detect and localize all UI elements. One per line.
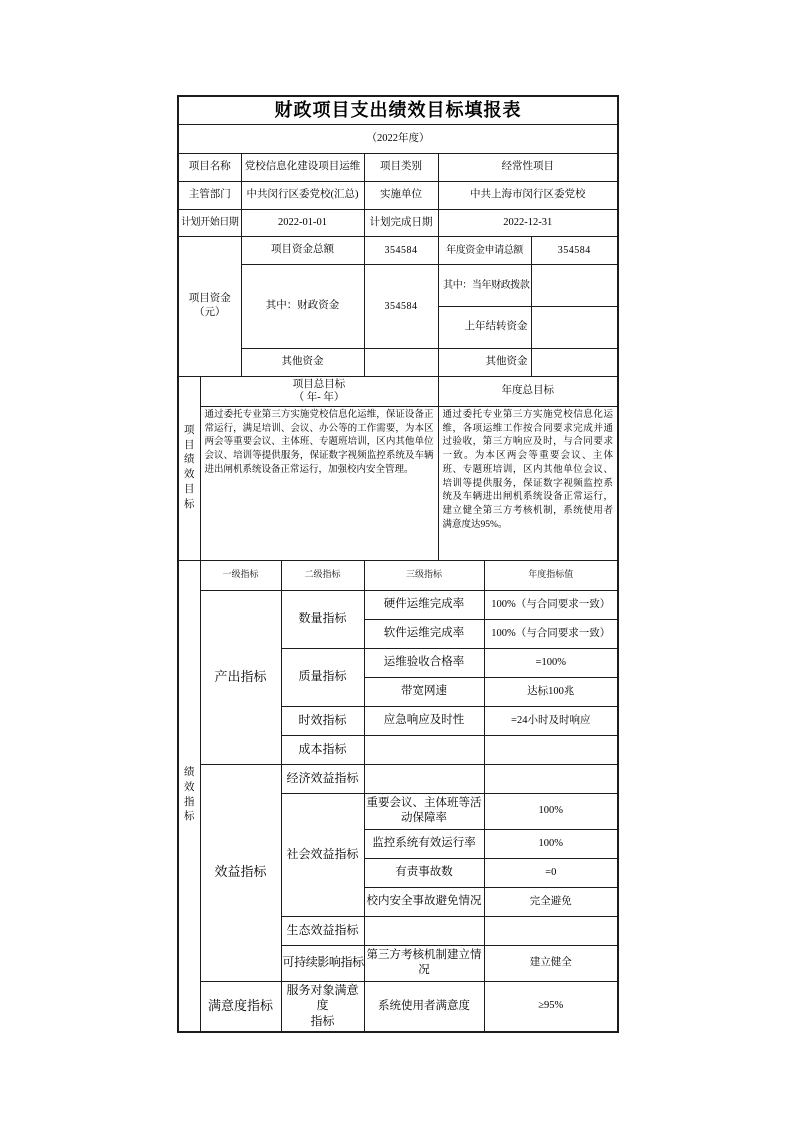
indicator-name-cell bbox=[364, 735, 484, 764]
annual-goal-header: 年度总目标 bbox=[438, 376, 618, 406]
form-year-subtitle: （2022年度） bbox=[178, 124, 618, 153]
indicator-value-cell: =24小时及时响应 bbox=[484, 706, 618, 735]
indicator-level1-satisfaction: 满意度指标 bbox=[200, 981, 281, 1031]
project-category-label: 项目类别 bbox=[364, 153, 438, 181]
indicator-level2-timeliness: 时效指标 bbox=[281, 706, 364, 735]
indicator-value-cell: 100%（与合同要求一致） bbox=[484, 619, 618, 648]
indicator-name-cell: 有责事故数 bbox=[364, 858, 484, 887]
fiscal-funds-label: 其中：财政资金 bbox=[241, 264, 364, 348]
annual-funds-request-value: 354584 bbox=[531, 236, 618, 264]
funds-total-label: 项目资金总额 bbox=[241, 236, 364, 264]
supervisor-dept-value: 中共闵行区委党校(汇总) bbox=[241, 181, 364, 209]
funds-section-label: 项目资金 （元） bbox=[178, 236, 241, 376]
annual-other-funds-value bbox=[531, 348, 618, 376]
indicator-value-cell bbox=[484, 916, 618, 945]
project-name-value: 党校信息化建设项目运维 bbox=[241, 153, 364, 181]
performance-indicator-section-label: 绩效 指标 bbox=[178, 560, 200, 1031]
implement-unit-value: 中共上海市闵行区委党校 bbox=[438, 181, 618, 209]
indicator-name-cell: 带宽网速 bbox=[364, 677, 484, 706]
overall-goal-header: 项目总目标 （ 年- 年） bbox=[200, 376, 438, 406]
indicator-value-cell bbox=[484, 735, 618, 764]
current-year-allocation-label: 其中：当年财政拨款 bbox=[438, 264, 531, 306]
indicator-name-cell bbox=[364, 764, 484, 793]
annual-other-funds-label: 其他资金 bbox=[438, 348, 531, 376]
indicator-name-cell: 运维验收合格率 bbox=[364, 648, 484, 677]
annual-funds-request-label: 年度资金申请总额 bbox=[438, 236, 531, 264]
indicator-level2-service-satisfaction: 服务对象满意度 指标 bbox=[281, 981, 364, 1031]
plan-start-date-value: 2022-01-01 bbox=[241, 209, 364, 236]
annual-goal-text: 通过委托专业第三方实施党校信息化运维，各项运维工作按合同要求完成并通过验收，第三… bbox=[438, 406, 618, 560]
indicator-value-cell: 100%（与合同要求一致） bbox=[484, 590, 618, 619]
indicator-name-cell: 系统使用者满意度 bbox=[364, 981, 484, 1031]
indicator-value-cell: ≥95% bbox=[484, 981, 618, 1031]
project-name-label: 项目名称 bbox=[178, 153, 241, 181]
indicator-name-cell: 硬件运维完成率 bbox=[364, 590, 484, 619]
implement-unit-label: 实施单位 bbox=[364, 181, 438, 209]
indicator-value-cell: 达标100兆 bbox=[484, 677, 618, 706]
indicator-level2-economic: 经济效益指标 bbox=[281, 764, 364, 793]
project-category-value: 经常性项目 bbox=[438, 153, 618, 181]
level2-indicator-header: 二级指标 bbox=[281, 560, 364, 590]
indicator-value-cell: =100% bbox=[484, 648, 618, 677]
indicator-name-cell: 重要会议、主体班等活 动保障率 bbox=[364, 793, 484, 829]
carryover-funds-label: 上年结转资金 bbox=[438, 306, 531, 348]
indicator-name-cell: 软件运维完成率 bbox=[364, 619, 484, 648]
plan-end-date-value: 2022-12-31 bbox=[438, 209, 618, 236]
indicator-level2-cost: 成本指标 bbox=[281, 735, 364, 764]
indicator-value-cell bbox=[484, 764, 618, 793]
document-page: 财政项目支出绩效目标填报表 （2022年度） 项目名称 党校信息化建设项目运维 … bbox=[0, 0, 793, 1122]
indicator-value-cell: 建立健全 bbox=[484, 945, 618, 981]
indicator-name-cell: 监控系统有效运行率 bbox=[364, 829, 484, 858]
current-year-allocation-value bbox=[531, 264, 618, 306]
indicator-level1-output: 产出指标 bbox=[200, 590, 281, 764]
indicator-value-cell: 100% bbox=[484, 829, 618, 858]
plan-start-date-label: 计划开始日期 bbox=[178, 209, 241, 236]
indicator-level2-sustainable: 可持续影响指标 bbox=[281, 945, 364, 981]
indicator-level2-quality: 质量指标 bbox=[281, 648, 364, 706]
indicator-value-cell: =0 bbox=[484, 858, 618, 887]
indicator-name-cell bbox=[364, 916, 484, 945]
indicator-value-cell: 100% bbox=[484, 793, 618, 829]
carryover-funds-value bbox=[531, 306, 618, 348]
other-funds-value bbox=[364, 348, 438, 376]
level3-indicator-header: 三级指标 bbox=[364, 560, 484, 590]
supervisor-dept-label: 主管部门 bbox=[178, 181, 241, 209]
indicator-level2-social: 社会效益指标 bbox=[281, 793, 364, 916]
performance-goal-section-label: 项目 绩效 目标 bbox=[178, 376, 200, 560]
indicator-level1-benefit: 效益指标 bbox=[200, 764, 281, 981]
level1-indicator-header: 一级指标 bbox=[200, 560, 281, 590]
indicator-name-cell: 应急响应及时性 bbox=[364, 706, 484, 735]
overall-goal-text: 通过委托专业第三方实施党校信息化运维，保证设备正常运行，满足培训、会议、办公等的… bbox=[200, 406, 438, 560]
fiscal-funds-value: 354584 bbox=[364, 264, 438, 348]
plan-end-date-label: 计划完成日期 bbox=[364, 209, 438, 236]
indicator-value-cell: 完全避免 bbox=[484, 887, 618, 916]
indicator-name-cell: 校内安全事故避免情况 bbox=[364, 887, 484, 916]
indicator-name-cell: 第三方考核机制建立情 况 bbox=[364, 945, 484, 981]
indicator-level2-ecological: 生态效益指标 bbox=[281, 916, 364, 945]
funds-total-value: 354584 bbox=[364, 236, 438, 264]
annual-indicator-value-header: 年度指标值 bbox=[484, 560, 618, 590]
form-title: 财政项目支出绩效目标填报表 bbox=[178, 96, 618, 124]
other-funds-label: 其他资金 bbox=[241, 348, 364, 376]
indicator-level2-quantity: 数量指标 bbox=[281, 590, 364, 648]
performance-target-form-table: 财政项目支出绩效目标填报表 （2022年度） 项目名称 党校信息化建设项目运维 … bbox=[177, 95, 619, 1033]
